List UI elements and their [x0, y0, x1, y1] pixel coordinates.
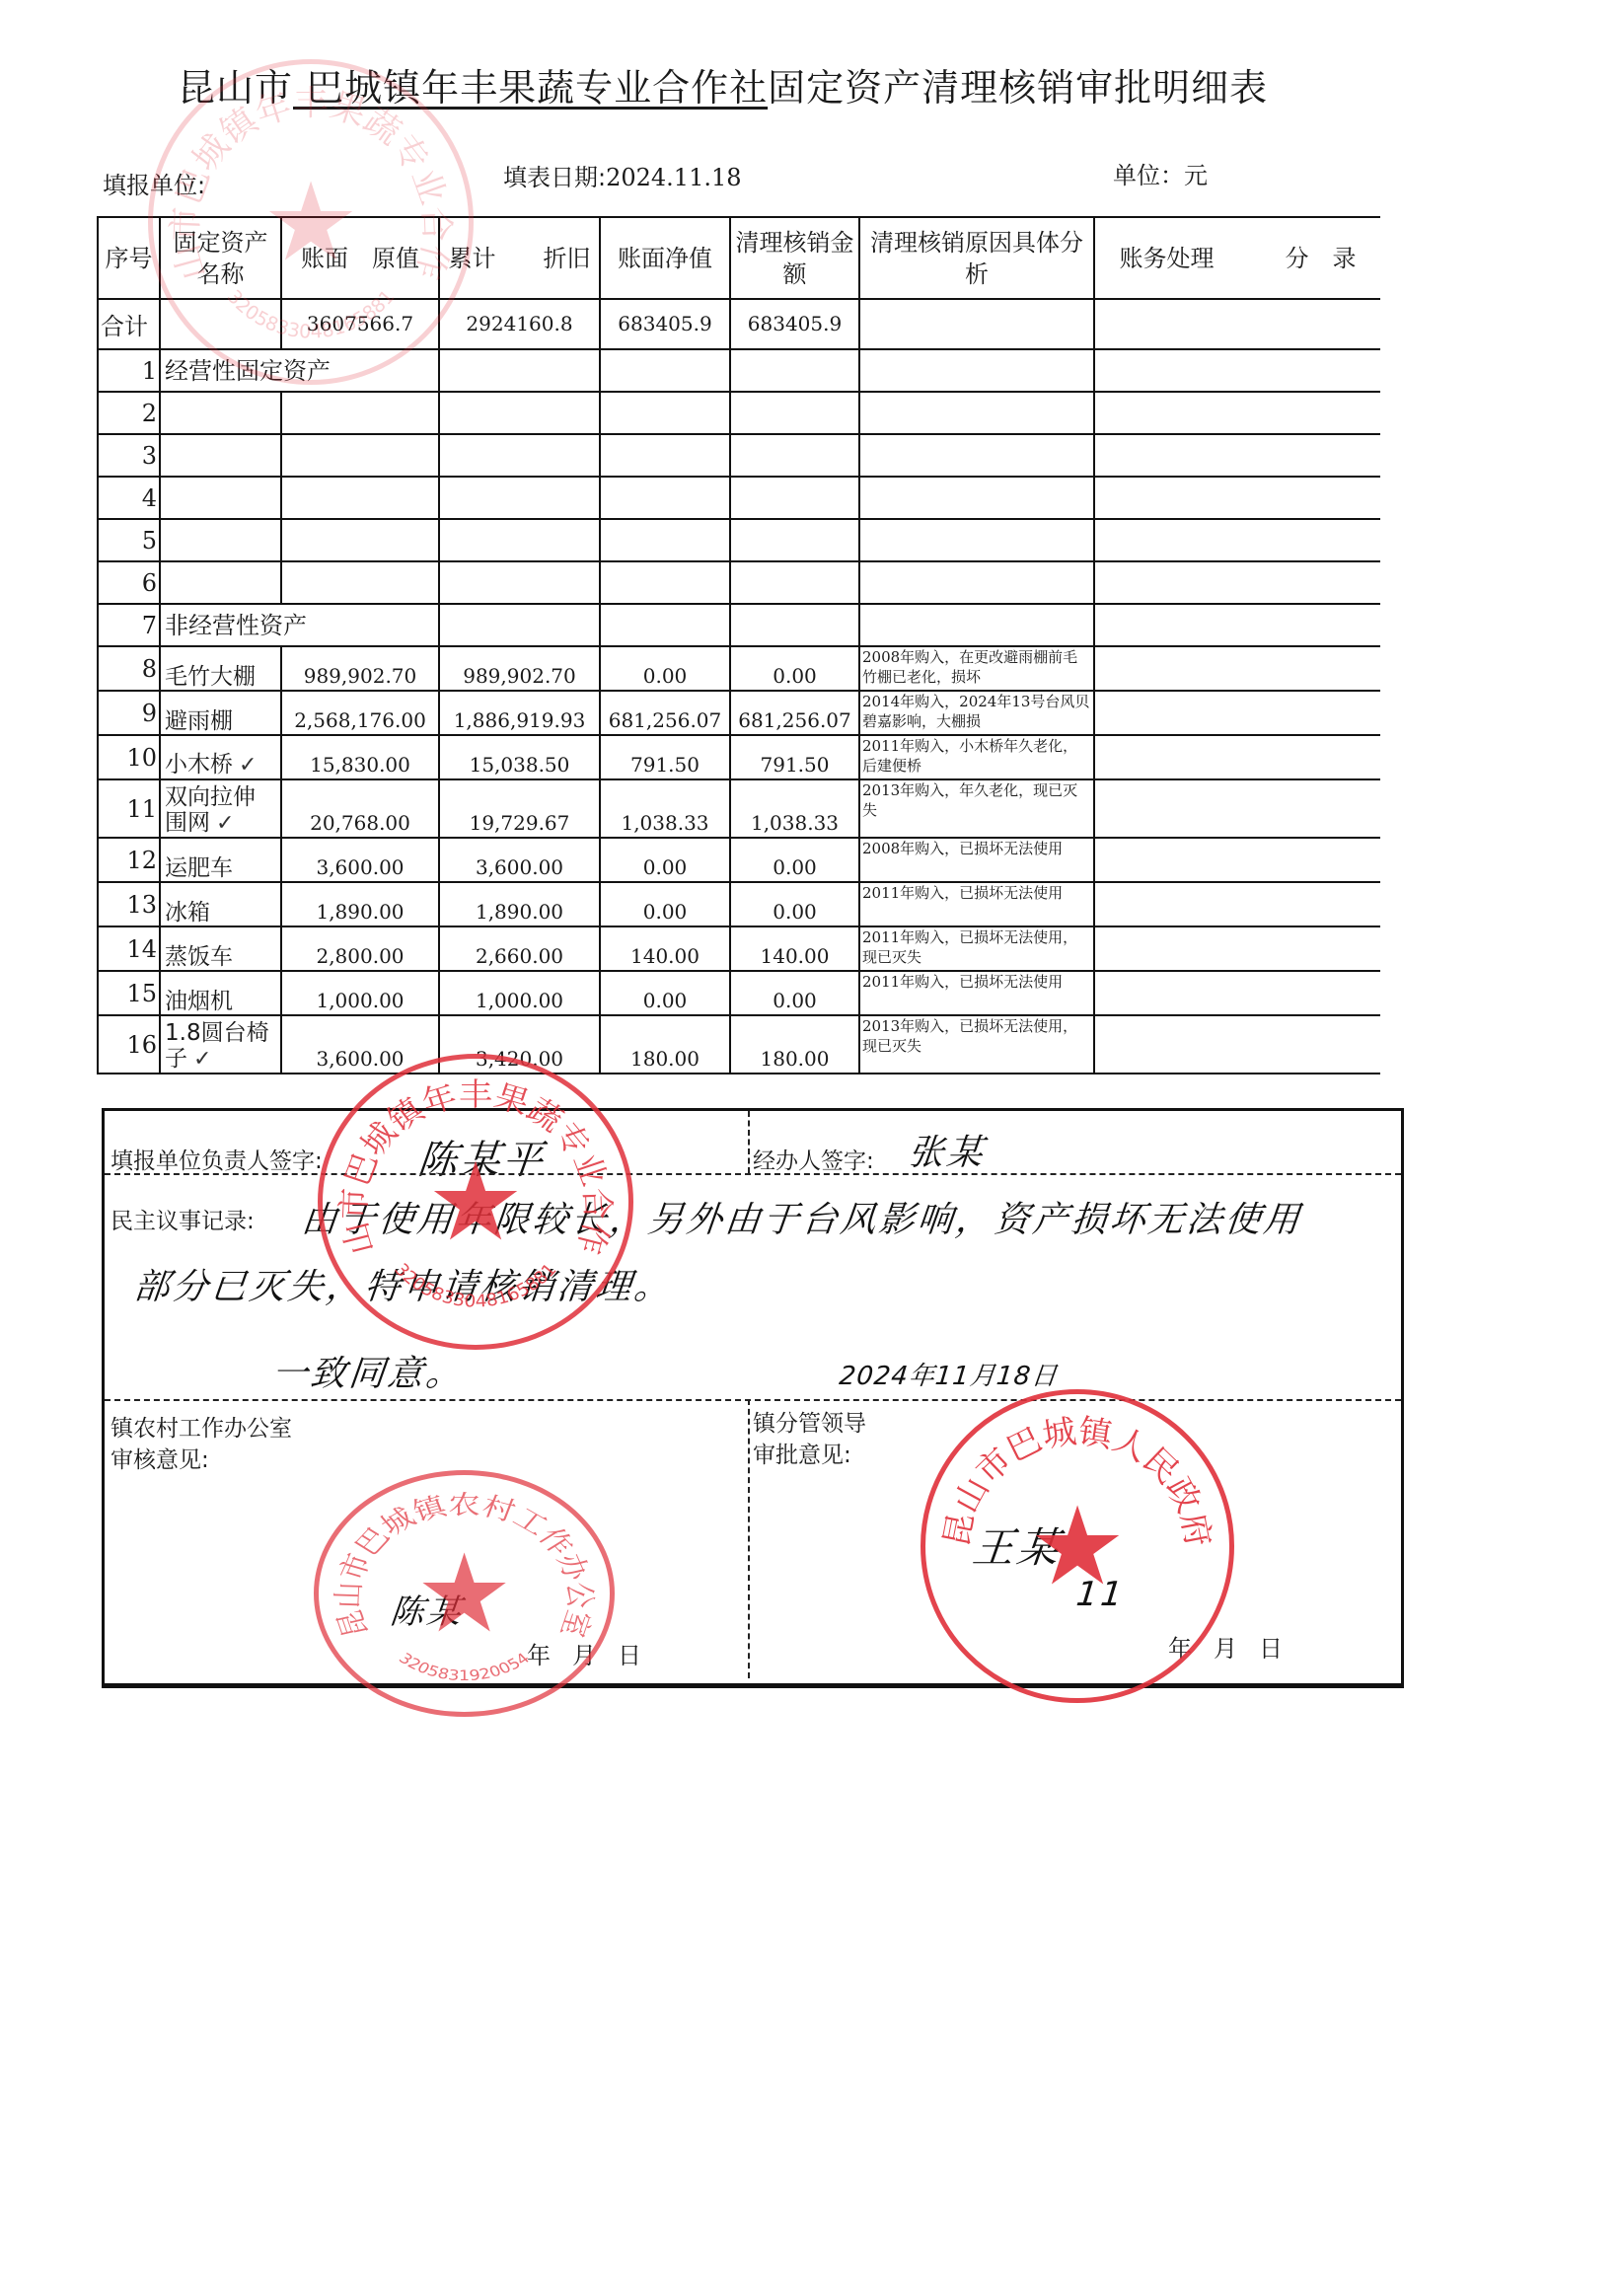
empty-cell [439, 604, 600, 646]
asset-name-text: 小木桥 [165, 752, 233, 778]
row-seq: 2 [98, 392, 160, 434]
accounting-cell [1094, 735, 1380, 779]
section-row: 1经营性固定资产 [98, 349, 1380, 392]
header-accounting: 账务处理 分 录 [1094, 217, 1380, 299]
asset-name: 小木桥✓ [160, 735, 281, 779]
empty-cell [281, 561, 439, 604]
asset-name: 双向拉伸围网✓ [160, 779, 281, 838]
net-value: 0.00 [600, 838, 730, 882]
divider [105, 1173, 1401, 1175]
net-value: 0.00 [600, 971, 730, 1015]
header-writeoff-amount: 清理核销金 额 [730, 217, 859, 299]
empty-cell [439, 519, 600, 561]
accum-depreciation: 15,038.50 [439, 735, 600, 779]
writeoff-amount: 0.00 [730, 971, 859, 1015]
header-net-value: 账面净值 [600, 217, 730, 299]
record-date: 2024年11月18日 [838, 1356, 1060, 1392]
asset-name-text: 毛竹大棚 [165, 664, 256, 690]
democratic-record-label: 民主议事记录: [111, 1203, 255, 1235]
asset-name-text: 蒸饭车 [165, 944, 233, 970]
original-value: 20,768.00 [281, 779, 439, 838]
empty-cell [600, 392, 730, 434]
writeoff-reason: 2011年购入，小木桥年久老化，后建便桥 [859, 735, 1094, 779]
row-seq: 15 [98, 971, 160, 1015]
net-value: 0.00 [600, 882, 730, 926]
section-label: 非经营性资产 [160, 604, 439, 646]
table-row: 3 [98, 434, 1380, 477]
table-row: 14蒸饭车2,800.002,660.00140.00140.002011年购入… [98, 926, 1380, 971]
empty-cell [160, 519, 281, 561]
empty-cell [281, 519, 439, 561]
check-mark-icon: ✓ [193, 1047, 211, 1072]
net-value: 140.00 [600, 926, 730, 971]
empty-cell [859, 604, 1094, 646]
accum-depreciation: 1,000.00 [439, 971, 600, 1015]
row-seq: 5 [98, 519, 160, 561]
handler-signature: 张某 [906, 1125, 988, 1175]
empty-cell [600, 519, 730, 561]
writeoff-amount: 681,256.07 [730, 691, 859, 735]
writeoff-amount: 0.00 [730, 646, 859, 691]
asset-name: 1.8圆台椅子✓ [160, 1015, 281, 1074]
table-row: 15油烟机1,000.001,000.000.000.002011年购入，已损坏… [98, 971, 1380, 1015]
total-writeoff-amount: 683405.9 [730, 299, 859, 349]
accum-depreciation: 3,420.00 [439, 1015, 600, 1074]
empty-cell [730, 434, 859, 477]
total-reason-cell [859, 299, 1094, 349]
row-seq: 16 [98, 1015, 160, 1074]
row-seq: 7 [98, 604, 160, 646]
row-seq: 11 [98, 779, 160, 838]
divider [105, 1399, 1401, 1401]
democratic-record-line1: 由于使用年限较长，另外由于台风影响，资产损坏无法使用 [299, 1192, 1304, 1242]
empty-cell [439, 392, 600, 434]
asset-writeoff-table: 序号 固定资产名称 账面 原值 累计 折旧 账面净值 清理核销金 额 清理核销原… [97, 216, 1380, 1074]
accum-depreciation: 989,902.70 [439, 646, 600, 691]
writeoff-reason: 2014年购入，2024年13号台风贝碧嘉影响，大棚损 [859, 691, 1094, 735]
row-seq: 13 [98, 882, 160, 926]
total-name-cell [160, 299, 281, 349]
accounting-cell [1094, 926, 1380, 971]
row-seq: 8 [98, 646, 160, 691]
title-prefix: 昆山市 [178, 66, 293, 110]
writeoff-reason-text: 2008年购入，在更改避雨棚前毛竹棚已老化，损坏 [862, 647, 1091, 687]
empty-cell [730, 477, 859, 519]
empty-cell [730, 561, 859, 604]
rural-office-date: 年月日 [527, 1636, 663, 1670]
empty-cell [439, 561, 600, 604]
writeoff-reason-text: 2011年购入，已损坏无法使用，现已灭失 [862, 927, 1091, 967]
empty-cell [1094, 519, 1380, 561]
original-value: 15,830.00 [281, 735, 439, 779]
table-row: 9避雨棚2,568,176.001,886,919.93681,256.0768… [98, 691, 1380, 735]
empty-cell [160, 434, 281, 477]
empty-cell [281, 477, 439, 519]
original-value: 3,600.00 [281, 838, 439, 882]
original-value: 989,902.70 [281, 646, 439, 691]
empty-cell [859, 434, 1094, 477]
asset-name-text: 避雨棚 [165, 708, 233, 734]
accum-depreciation: 1,886,919.93 [439, 691, 600, 735]
empty-cell [439, 434, 600, 477]
table-row: 5 [98, 519, 1380, 561]
writeoff-reason-text: 2014年购入，2024年13号台风贝碧嘉影响，大棚损 [862, 692, 1091, 731]
table-row: 161.8圆台椅子✓3,600.003,420.00180.00180.0020… [98, 1015, 1380, 1074]
writeoff-reason: 2011年购入，已损坏无法使用 [859, 882, 1094, 926]
asset-name-text: 冰箱 [165, 900, 210, 926]
writeoff-reason-text: 2008年购入，已损坏无法使用 [862, 839, 1091, 878]
empty-cell [1094, 561, 1380, 604]
empty-cell [730, 349, 859, 392]
writeoff-reason-text: 2013年购入，年久老化，现已灭失 [862, 780, 1091, 834]
net-value: 0.00 [600, 646, 730, 691]
writeoff-reason-text: 2011年购入，已损坏无法使用 [862, 883, 1091, 923]
accounting-cell [1094, 646, 1380, 691]
currency-unit: 单位：元 [1113, 156, 1208, 190]
empty-cell [281, 392, 439, 434]
writeoff-reason: 2011年购入，已损坏无法使用，现已灭失 [859, 926, 1094, 971]
fill-date-label: 填表日期: [503, 164, 606, 191]
empty-cell [1094, 349, 1380, 392]
document-title: 昆山市 巴城镇年丰果蔬专业合作社固定资产清理核销审批明细表 [178, 57, 1268, 111]
net-value: 681,256.07 [600, 691, 730, 735]
writeoff-amount: 1,038.33 [730, 779, 859, 838]
table-row: 2 [98, 392, 1380, 434]
fill-date-value: 2024.11.18 [606, 164, 741, 191]
row-seq: 14 [98, 926, 160, 971]
title-unit: 巴城镇年丰果蔬专业合作社 [293, 66, 768, 110]
approval-section: 填报单位负责人签字: 陈某平 经办人签字: 张某 民主议事记录: 由于使用年限较… [102, 1108, 1404, 1688]
empty-cell [600, 434, 730, 477]
asset-name: 运肥车 [160, 838, 281, 882]
original-value: 2,568,176.00 [281, 691, 439, 735]
header-accum-depreciation: 累计 折旧 [439, 217, 600, 299]
writeoff-reason-text: 2011年购入，小木桥年久老化，后建便桥 [862, 736, 1091, 776]
table-row: 10小木桥✓15,830.0015,038.50791.50791.502011… [98, 735, 1380, 779]
original-value: 1,890.00 [281, 882, 439, 926]
table-row: 13冰箱1,890.001,890.000.000.002011年购入，已损坏无… [98, 882, 1380, 926]
net-value: 1,038.33 [600, 779, 730, 838]
net-value: 791.50 [600, 735, 730, 779]
accounting-cell [1094, 971, 1380, 1015]
handler-signature-label: 经办人签字: [753, 1143, 874, 1175]
net-value: 180.00 [600, 1015, 730, 1074]
unit-head-signature: 陈某平 [415, 1129, 549, 1185]
row-seq: 3 [98, 434, 160, 477]
table-row: 12运肥车3,600.003,600.000.000.002008年购入，已损坏… [98, 838, 1380, 882]
total-row: 合计 3607566.7 2924160.8 683405.9 683405.9 [98, 299, 1380, 349]
header-original-value: 账面 原值 [281, 217, 439, 299]
header-seq: 序号 [98, 217, 160, 299]
writeoff-amount: 140.00 [730, 926, 859, 971]
asset-name: 蒸饭车 [160, 926, 281, 971]
writeoff-amount: 180.00 [730, 1015, 859, 1074]
row-seq: 9 [98, 691, 160, 735]
accounting-cell [1094, 1015, 1380, 1074]
empty-cell [730, 604, 859, 646]
total-accounting-cell [1094, 299, 1380, 349]
empty-cell [439, 477, 600, 519]
writeoff-reason: 2008年购入，已损坏无法使用 [859, 838, 1094, 882]
unit-head-signature-label: 填报单位负责人签字: [111, 1143, 323, 1175]
row-seq: 4 [98, 477, 160, 519]
original-value: 2,800.00 [281, 926, 439, 971]
empty-cell [600, 561, 730, 604]
writeoff-reason: 2013年购入，年久老化，现已灭失 [859, 779, 1094, 838]
section-row: 7非经营性资产 [98, 604, 1380, 646]
empty-cell [1094, 604, 1380, 646]
empty-cell [859, 561, 1094, 604]
asset-name: 冰箱 [160, 882, 281, 926]
accum-depreciation: 19,729.67 [439, 779, 600, 838]
row-seq: 6 [98, 561, 160, 604]
rural-office-label: 镇农村工作办公室 [111, 1410, 292, 1443]
check-mark-icon: ✓ [239, 753, 257, 778]
empty-cell [439, 349, 600, 392]
writeoff-reason-text: 2013年购入，已损坏无法使用，现已灭失 [862, 1016, 1091, 1070]
table-header-row: 序号 固定资产名称 账面 原值 累计 折旧 账面净值 清理核销金 额 清理核销原… [98, 217, 1380, 299]
rural-office-signature: 陈某 [388, 1585, 466, 1633]
leader-label: 镇分管领导 [753, 1405, 866, 1438]
empty-cell [859, 477, 1094, 519]
fill-date: 填表日期:2024.11.18 [503, 158, 742, 192]
empty-cell [730, 519, 859, 561]
empty-cell [1094, 392, 1380, 434]
writeoff-amount: 0.00 [730, 882, 859, 926]
accounting-cell [1094, 779, 1380, 838]
accum-depreciation: 2,660.00 [439, 926, 600, 971]
asset-name: 毛竹大棚 [160, 646, 281, 691]
empty-cell [1094, 477, 1380, 519]
empty-cell [1094, 434, 1380, 477]
section-label: 经营性固定资产 [160, 349, 439, 392]
empty-cell [160, 477, 281, 519]
empty-cell [600, 349, 730, 392]
header-reason: 清理核销原因具体分析 [859, 217, 1094, 299]
original-value: 1,000.00 [281, 971, 439, 1015]
accounting-cell [1094, 838, 1380, 882]
row-seq: 10 [98, 735, 160, 779]
row-seq: 12 [98, 838, 160, 882]
table-row: 11双向拉伸围网✓20,768.0019,729.671,038.331,038… [98, 779, 1380, 838]
total-original-value: 3607566.7 [281, 299, 439, 349]
empty-cell [730, 392, 859, 434]
empty-cell [600, 604, 730, 646]
asset-name-text: 运肥车 [165, 855, 233, 881]
original-value: 3,600.00 [281, 1015, 439, 1074]
writeoff-reason: 2013年购入，已损坏无法使用，现已灭失 [859, 1015, 1094, 1074]
table-row: 4 [98, 477, 1380, 519]
total-net-value: 683405.9 [600, 299, 730, 349]
rural-office-opinion-label: 审核意见: [111, 1442, 209, 1474]
accounting-cell [1094, 882, 1380, 926]
total-accum-depreciation: 2924160.8 [439, 299, 600, 349]
writeoff-reason: 2008年购入，在更改避雨棚前毛竹棚已老化，损坏 [859, 646, 1094, 691]
writeoff-amount: 0.00 [730, 838, 859, 882]
writeoff-reason-text: 2011年购入，已损坏无法使用 [862, 972, 1091, 1011]
empty-cell [160, 392, 281, 434]
writeoff-reason: 2011年购入，已损坏无法使用 [859, 971, 1094, 1015]
leader-signature-extra: 11 [1074, 1575, 1127, 1614]
table-row: 8毛竹大棚989,902.70989,902.700.000.002008年购入… [98, 646, 1380, 691]
empty-cell [281, 434, 439, 477]
title-suffix: 固定资产清理核销审批明细表 [768, 66, 1268, 110]
asset-name-text: 双向拉伸围网 [165, 784, 256, 836]
democratic-record-line2: 部分已灭失，特申请核销清理。 [131, 1259, 675, 1309]
row-seq: 1 [98, 349, 160, 392]
asset-name-text: 油烟机 [165, 989, 233, 1014]
asset-name: 油烟机 [160, 971, 281, 1015]
total-label: 合计 [98, 299, 160, 349]
writeoff-amount: 791.50 [730, 735, 859, 779]
accounting-cell [1094, 691, 1380, 735]
empty-cell [600, 477, 730, 519]
leader-date: 年月日 [1168, 1629, 1304, 1664]
asset-name-text: 1.8圆台椅子 [165, 1020, 269, 1072]
empty-cell [859, 392, 1094, 434]
check-mark-icon: ✓ [216, 811, 234, 836]
accum-depreciation: 3,600.00 [439, 838, 600, 882]
leader-opinion-label: 审批意见: [753, 1437, 851, 1469]
leader-signature: 王某 [970, 1516, 1065, 1575]
asset-name: 避雨棚 [160, 691, 281, 735]
accum-depreciation: 1,890.00 [439, 882, 600, 926]
table-row: 6 [98, 561, 1380, 604]
empty-cell [160, 561, 281, 604]
democratic-record-line3: 一致同意。 [269, 1346, 467, 1396]
reporting-unit-label: 填报单位: [103, 166, 205, 200]
header-name: 固定资产名称 [160, 217, 281, 299]
empty-cell [859, 519, 1094, 561]
empty-cell [859, 349, 1094, 392]
